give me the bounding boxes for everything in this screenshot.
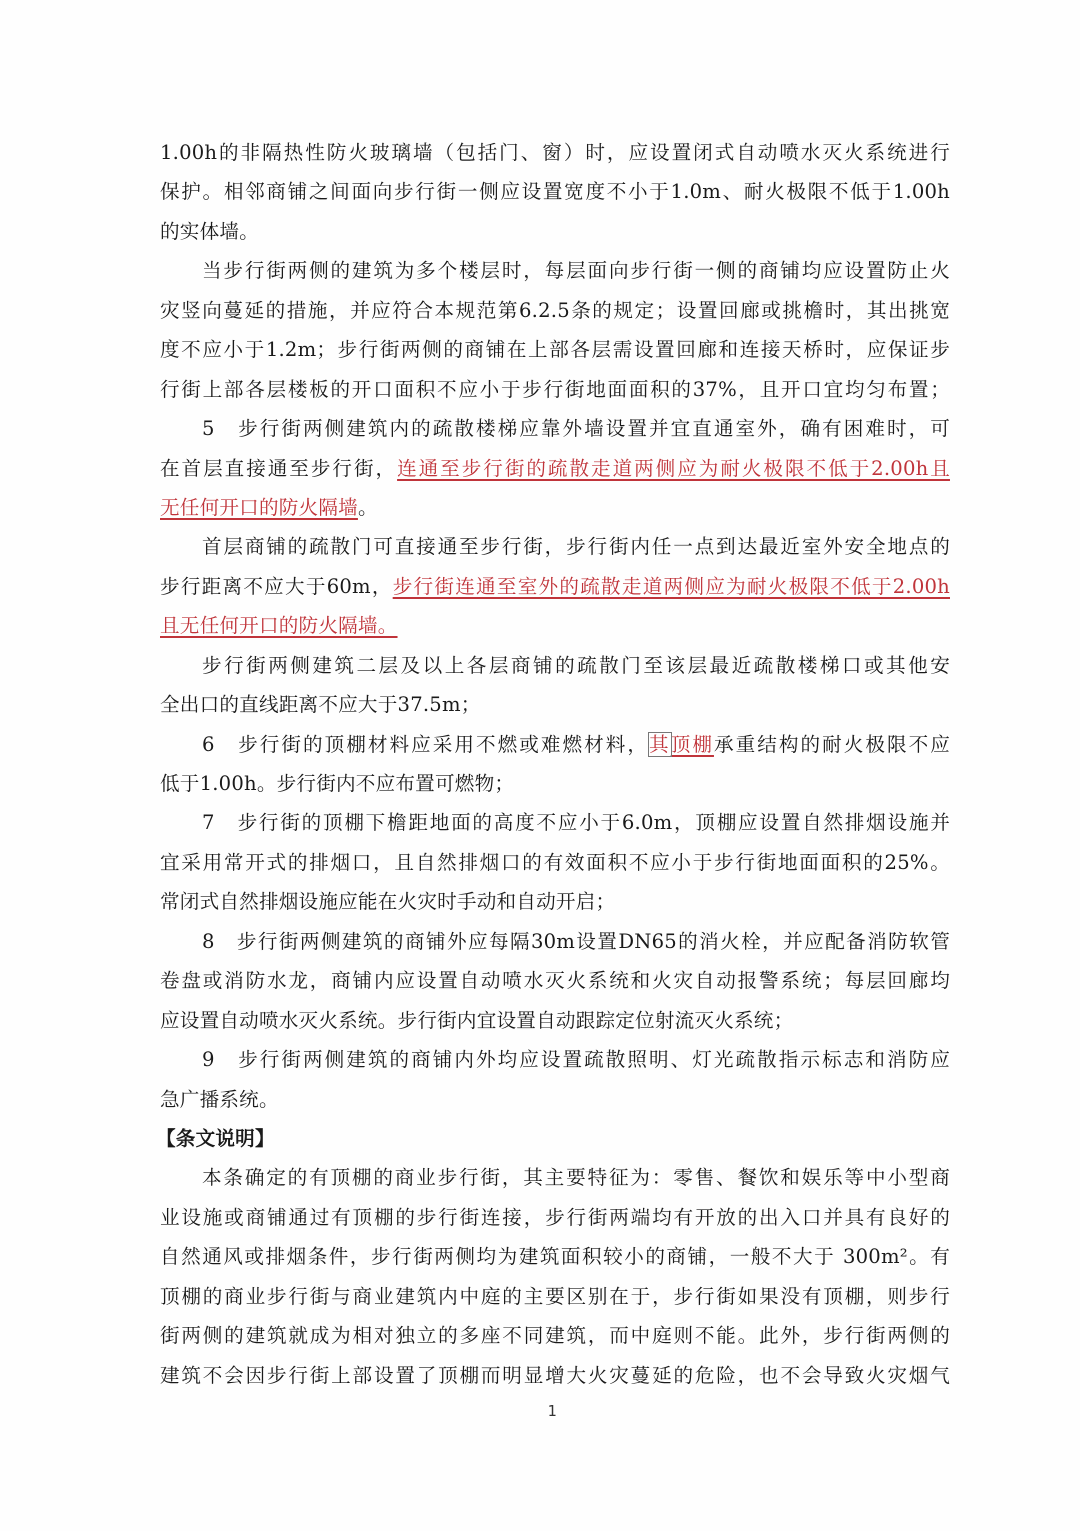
- revision-underlined-text: 无任何开口的防火隔墙: [160, 496, 358, 519]
- revision-underlined-text: 步行街连通至室外的疏散走道两侧应为耐火极限不低于2.00h: [393, 575, 950, 598]
- text-line: 业设施或商铺通过有顶棚的步行街连接，步行街两端均有开放的出入口并具有良好的: [160, 1198, 950, 1237]
- text-line: 宜采用常开式的排烟口，且自然排烟口的有效面积不应小于步行街地面面积的25%。: [160, 843, 950, 882]
- paragraph-upper-floors: 步行街两侧建筑二层及以上各层商铺的疏散门至该层最近疏散楼梯口或其他安 全出口的直…: [160, 646, 950, 725]
- text-line: 街两侧的建筑就成为相对独立的多座不同建筑，而中庭则不能。此外，步行街两侧的: [160, 1316, 950, 1355]
- document-body: 1.00h的非隔热性防火玻璃墙（包括门、窗）时，应设置闭式自动喷水灭火系统进行 …: [160, 133, 950, 1395]
- revision-underlined-text: 连通至步行街的疏散走道两侧应为耐火极限不低于2.00h且: [397, 457, 950, 480]
- text-line: 行街上部各层楼板的开口面积不应小于步行街地面面积的37%，且开口宜均匀布置；: [160, 370, 950, 409]
- text-line: 在首层直接通至步行街，连通至步行街的疏散走道两侧应为耐火极限不低于2.00h且: [160, 449, 950, 488]
- paragraph-ground-floor: 首层商铺的疏散门可直接通至步行街，步行街内任一点到达最近室外安全地点的 步行距离…: [160, 527, 950, 645]
- text-line: 顶棚的商业步行街与商业建筑内中庭的主要区别在于，步行街如果没有顶棚，则步行: [160, 1277, 950, 1316]
- text-line: 建筑不会因步行街上部设置了顶棚而明显增大火灾蔓延的危险，也不会导致火灾烟气: [160, 1356, 950, 1395]
- text-line: 步行街两侧建筑二层及以上各层商铺的疏散门至该层最近疏散楼梯口或其他安: [160, 646, 950, 685]
- text-line: 的实体墙。: [160, 212, 950, 251]
- text-line: 7 步行街的顶棚下檐距地面的高度不应小于6.0m，顶棚应设置自然排烟设施并: [160, 803, 950, 842]
- text-line: 步行距离不应大于60m，步行街连通至室外的疏散走道两侧应为耐火极限不低于2.00…: [160, 567, 950, 606]
- text-line: 首层商铺的疏散门可直接通至步行街，步行街内任一点到达最近室外安全地点的: [160, 527, 950, 566]
- paragraph-item-8: 8 步行街两侧建筑的商铺外应每隔30m设置DN65的消火栓，并应配备消防软管 卷…: [160, 922, 950, 1040]
- text-line: 低于1.00h。步行街内不应布置可燃物；: [160, 764, 950, 803]
- paragraph-item-9: 9 步行街两侧建筑的商铺内外均应设置疏散照明、灯光疏散指示标志和消防应 急广播系…: [160, 1040, 950, 1119]
- text-line: 常闭式自然排烟设施应能在火灾时手动和自动开启；: [160, 882, 950, 921]
- text-line: 灾竖向蔓延的措施，并应符合本规范第6.2.5条的规定；设置回廊或挑檐时，其出挑宽: [160, 291, 950, 330]
- text-line: 无任何开口的防火隔墙。: [160, 488, 950, 527]
- text-line: 全出口的直线距离不应大于37.5m；: [160, 685, 950, 724]
- paragraph-continuation: 1.00h的非隔热性防火玻璃墙（包括门、窗）时，应设置闭式自动喷水灭火系统进行 …: [160, 133, 950, 251]
- text-line: 本条确定的有顶棚的商业步行街，其主要特征为：零售、餐饮和娱乐等中小型商: [160, 1158, 950, 1197]
- text-line: 应设置自动喷水灭火系统。步行街内宜设置自动跟踪定位射流灭火系统；: [160, 1001, 950, 1040]
- paragraph-item-5: 5 步行街两侧建筑内的疏散楼梯应靠外墙设置并宜直通室外，确有困难时，可 在首层直…: [160, 409, 950, 527]
- paragraph-explanation: 本条确定的有顶棚的商业步行街，其主要特征为：零售、餐饮和娱乐等中小型商 业设施或…: [160, 1158, 950, 1395]
- text-line: 度不应小于1.2m；步行街两侧的商铺在上部各层需设置回廊和连接天桥时，应保证步: [160, 330, 950, 369]
- text-line: 1.00h的非隔热性防火玻璃墙（包括门、窗）时，应设置闭式自动喷水灭火系统进行: [160, 133, 950, 172]
- paragraph-item-7: 7 步行街的顶棚下檐距地面的高度不应小于6.0m，顶棚应设置自然排烟设施并 宜采…: [160, 803, 950, 921]
- text-line: 6 步行街的顶棚材料应采用不燃或难燃材料，其顶棚承重结构的耐火极限不应: [160, 725, 950, 764]
- text-line: 保护。相邻商铺之间面向步行街一侧应设置宽度不小于1.0m、耐火极限不低于1.00…: [160, 172, 950, 211]
- text-line: 且无任何开口的防火隔墙。: [160, 606, 950, 645]
- document-page: 1.00h的非隔热性防火玻璃墙（包括门、窗）时，应设置闭式自动喷水灭火系统进行 …: [0, 0, 1080, 1531]
- text-line: 当步行街两侧的建筑为多个楼层时，每层面向步行街一侧的商铺均应设置防止火: [160, 251, 950, 290]
- revision-boxed-char: 其: [649, 733, 671, 756]
- paragraph-item-6: 6 步行街的顶棚材料应采用不燃或难燃材料，其顶棚承重结构的耐火极限不应 低于1.…: [160, 725, 950, 804]
- paragraph-multi-floor: 当步行街两侧的建筑为多个楼层时，每层面向步行街一侧的商铺均应设置防止火 灾竖向蔓…: [160, 251, 950, 409]
- text-line: 自然通风或排烟条件，步行街两侧均为建筑面积较小的商铺，一般不大于 300m²。有: [160, 1237, 950, 1276]
- text-line: 9 步行街两侧建筑的商铺内外均应设置疏散照明、灯光疏散指示标志和消防应: [160, 1040, 950, 1079]
- page-number: 1: [540, 1402, 564, 1420]
- text-line: 急广播系统。: [160, 1080, 950, 1119]
- revision-underlined-text: 且无任何开口的防火隔墙。: [160, 614, 398, 637]
- revision-underlined-text: 顶棚: [671, 733, 714, 756]
- text-line: 卷盘或消防水龙，商铺内应设置自动喷水灭火系统和火灾自动报警系统；每层回廊均: [160, 961, 950, 1000]
- text-line: 8 步行街两侧建筑的商铺外应每隔30m设置DN65的消火栓，并应配备消防软管: [160, 922, 950, 961]
- section-heading: 【条文说明】: [156, 1119, 950, 1158]
- text-line: 5 步行街两侧建筑内的疏散楼梯应靠外墙设置并宜直通室外，确有困难时，可: [160, 409, 950, 448]
